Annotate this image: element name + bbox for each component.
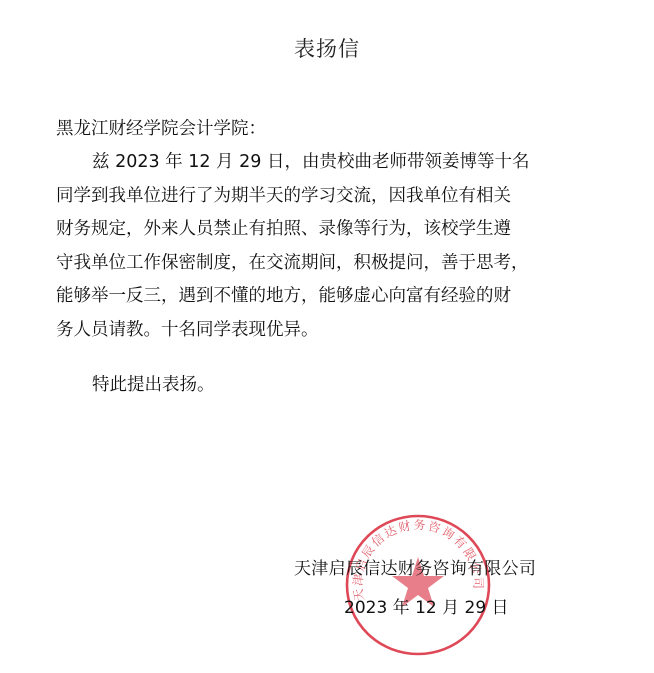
seal-icon: 天津启辰信达财务咨询有限公司	[344, 512, 492, 658]
page-title: 表扬信	[0, 33, 654, 63]
body-line: 能够举一反三，遇到不懂的地方，能够虚心向富有经验的财	[56, 280, 586, 314]
company-seal: 天津启辰信达财务咨询有限公司	[344, 512, 492, 658]
body-line: 同学到我单位进行了为期半天的学习交流，因我单位有相关	[56, 180, 586, 214]
signature-company: 天津启辰信达财务咨询有限公司	[294, 554, 536, 579]
closing-line: 特此提出表扬。	[92, 371, 215, 396]
body-line: 兹 2023 年 12 月 29 日，由贵校曲老师带领姜博等十名	[56, 146, 586, 180]
body-line: 守我单位工作保密制度，在交流期间，积极提问，善于思考，	[56, 247, 586, 281]
body-line: 务人员请教。十名同学表现优异。	[56, 314, 586, 348]
body-line: 财务规定，外来人员禁止有拍照、录像等行为，该校学生遵	[56, 213, 586, 247]
letter-body: 兹 2023 年 12 月 29 日，由贵校曲老师带领姜博等十名 同学到我单位进…	[56, 146, 586, 348]
signature-date: 2023 年 12 月 29 日	[344, 593, 509, 618]
salutation: 黑龙江财经学院会计学院：	[56, 115, 266, 140]
